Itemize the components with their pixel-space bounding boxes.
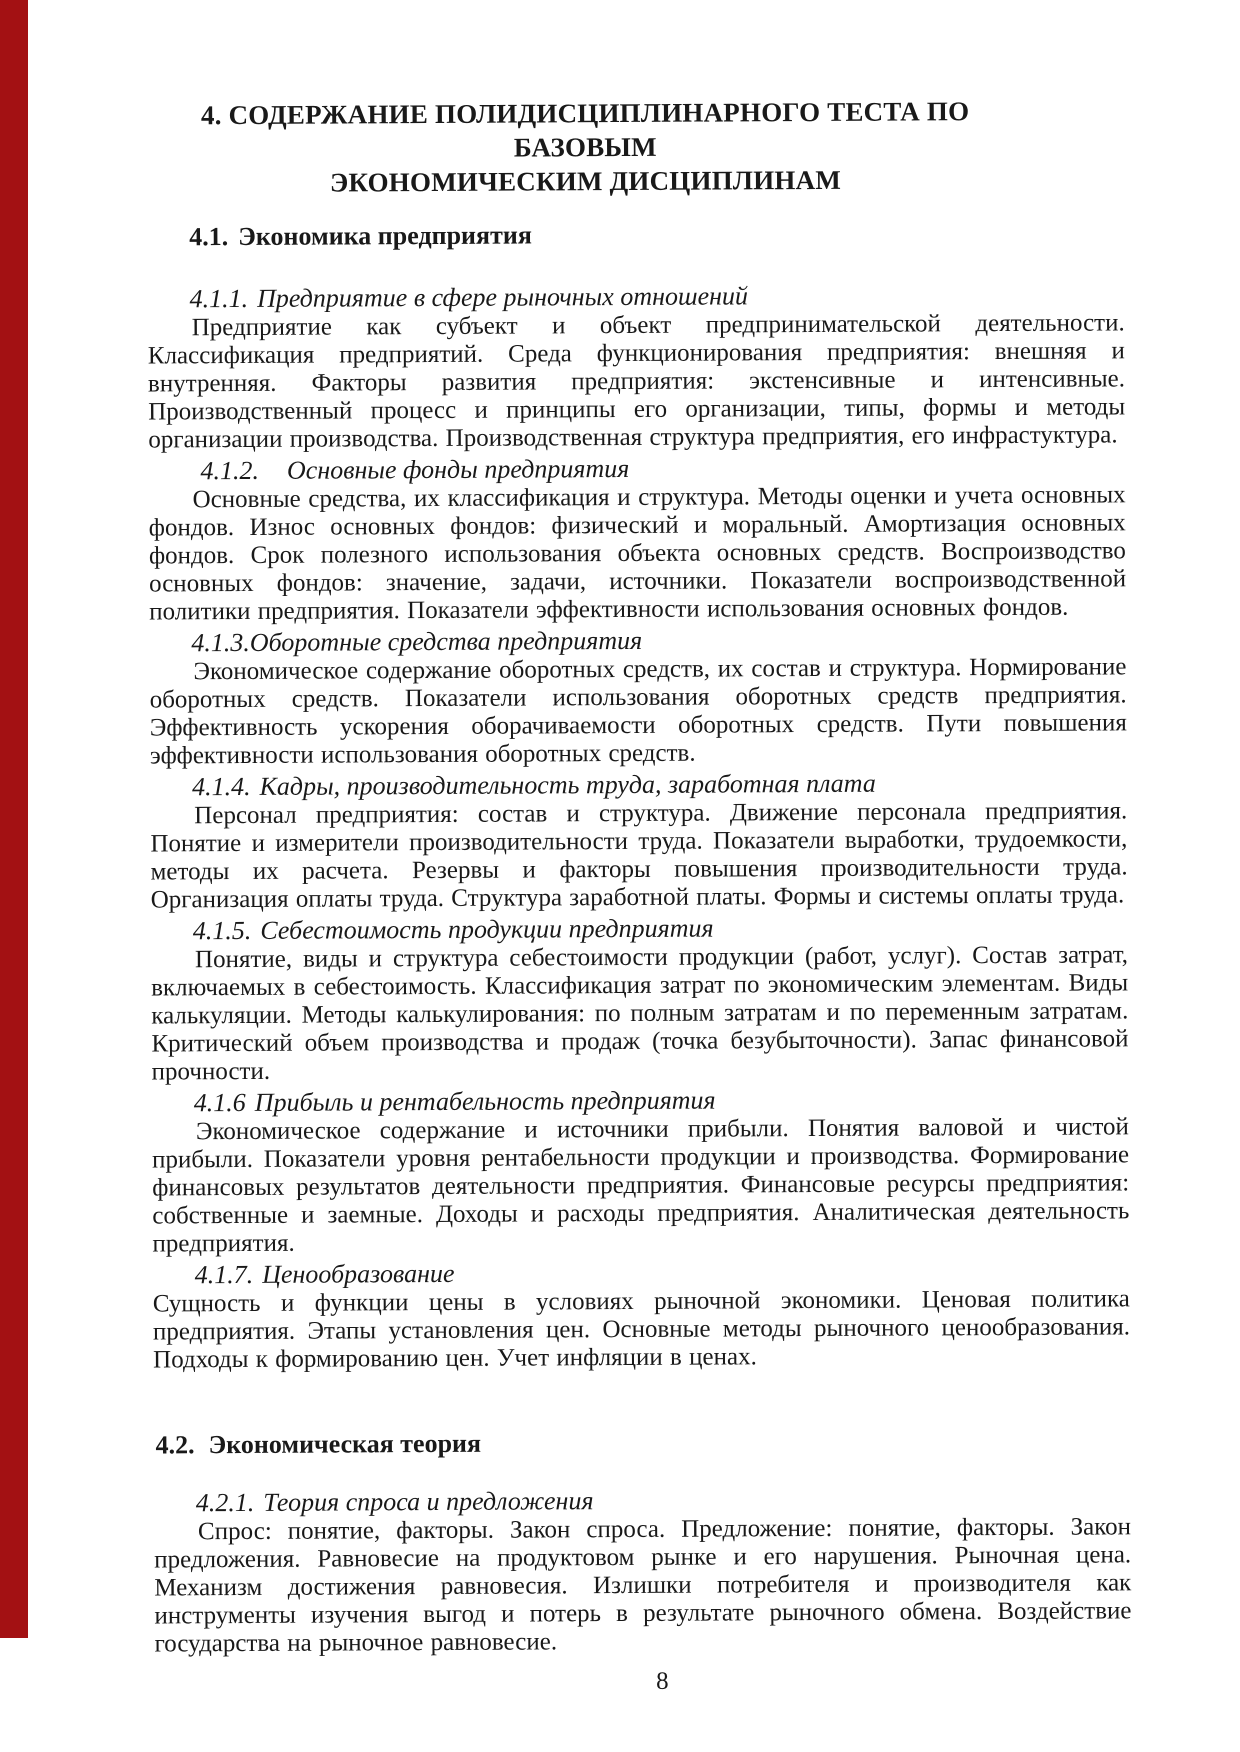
page-content: 4. СОДЕРЖАНИЕ ПОЛИДИСЦИПЛИНАРНОГО ТЕСТА … (0, 0, 1240, 1699)
subsection-title: Теория спроса и предложения (263, 1486, 593, 1517)
page-number: 8 (155, 1665, 1132, 1698)
document-title: 4. СОДЕРЖАНИЕ ПОЛИДИСЦИПЛИНАРНОГО ТЕСТА … (147, 94, 1025, 201)
subsection-heading-4-1-4: 4.1.4.Кадры, производительность труда, з… (192, 767, 1127, 802)
paragraph-4-1-3: Экономическое содержание оборотных средс… (149, 653, 1127, 770)
subsection-number: 4.1.2. (200, 456, 259, 485)
scanned-document-page: 4. СОДЕРЖАНИЕ ПОЛИДИСЦИПЛИНАРНОГО ТЕСТА … (0, 0, 1240, 1752)
subsection-number: 4.1.7. (195, 1260, 254, 1289)
subsection-heading-4-1-2: 4.1.2.Основные фонды предприятия (190, 451, 1125, 486)
subsection-heading-4-1-3: 4.1.3.Оборотные средства предприятия (191, 623, 1126, 658)
subsection-title: Себестоимость продукции предприятия (260, 914, 713, 945)
paragraph-4-2-1: Спрос: понятие, факторы. Закон спроса. П… (154, 1513, 1132, 1658)
subsection-title: Основные фонды предприятия (287, 454, 629, 485)
subsection-title: Кадры, производительность труда, заработ… (260, 769, 876, 801)
paragraph-4-1-2: Основные средства, их классификация и ст… (149, 481, 1127, 626)
subsection-title: Предприятие в сфере рыночных отношений (257, 281, 748, 313)
paragraph-4-1-6: Экономическое содержание и источники при… (152, 1113, 1130, 1258)
subsection-heading-4-1-7: 4.1.7.Ценообразование (195, 1255, 1130, 1290)
paragraph-4-1-1: Предприятие как субъект и объект предпри… (148, 309, 1126, 454)
document-title-line1: 4. СОДЕРЖАНИЕ ПОЛИДИСЦИПЛИНАРНОГО ТЕСТА … (147, 94, 1024, 167)
subsection-number: 4.1.1. (189, 284, 248, 313)
paragraph-4-1-5: Понятие, виды и структура себестоимости … (151, 941, 1129, 1086)
section-title: Экономическая теория (208, 1429, 481, 1459)
subsection-heading-4-1-1: 4.1.1.Предприятие в сфере рыночных отнош… (189, 279, 1124, 314)
section-number: 4.2. (155, 1430, 194, 1459)
subsection-number: 4.1.6 (194, 1088, 246, 1117)
subsection-heading-4-1-5: 4.1.5.Себестоимость продукции предприяти… (193, 911, 1128, 946)
document-title-line2: ЭКОНОМИЧЕСКИМ ДИСЦИПЛИНАМ (147, 162, 1024, 201)
section-title: Экономика предприятия (238, 220, 532, 251)
subsection-title: Прибыль и рентабельность предприятия (255, 1086, 716, 1117)
subsection-title: Оборотные средства предприятия (250, 626, 642, 657)
section-heading-4-1: 4.1.Экономика предприятия (189, 217, 1124, 252)
paragraph-4-1-7: Сущность и функции цены в условиях рыноч… (153, 1285, 1130, 1374)
subsection-heading-4-2-1: 4.2.1.Теория спроса и предложения (196, 1483, 1131, 1518)
subsection-number: 4.1.3. (191, 628, 250, 657)
subsection-number: 4.1.4. (192, 772, 251, 801)
subsection-heading-4-1-6: 4.1.6Прибыль и рентабельность предприяти… (194, 1083, 1129, 1118)
subsection-number: 4.2.1. (196, 1488, 255, 1517)
subsection-title: Ценообразование (262, 1259, 454, 1289)
section-number: 4.1. (189, 222, 228, 251)
paragraph-4-1-4: Персонал предприятия: состав и структура… (150, 797, 1128, 914)
subsection-number: 4.1.5. (193, 916, 252, 945)
section-heading-4-2: 4.2.Экономическая теория (155, 1425, 1130, 1460)
